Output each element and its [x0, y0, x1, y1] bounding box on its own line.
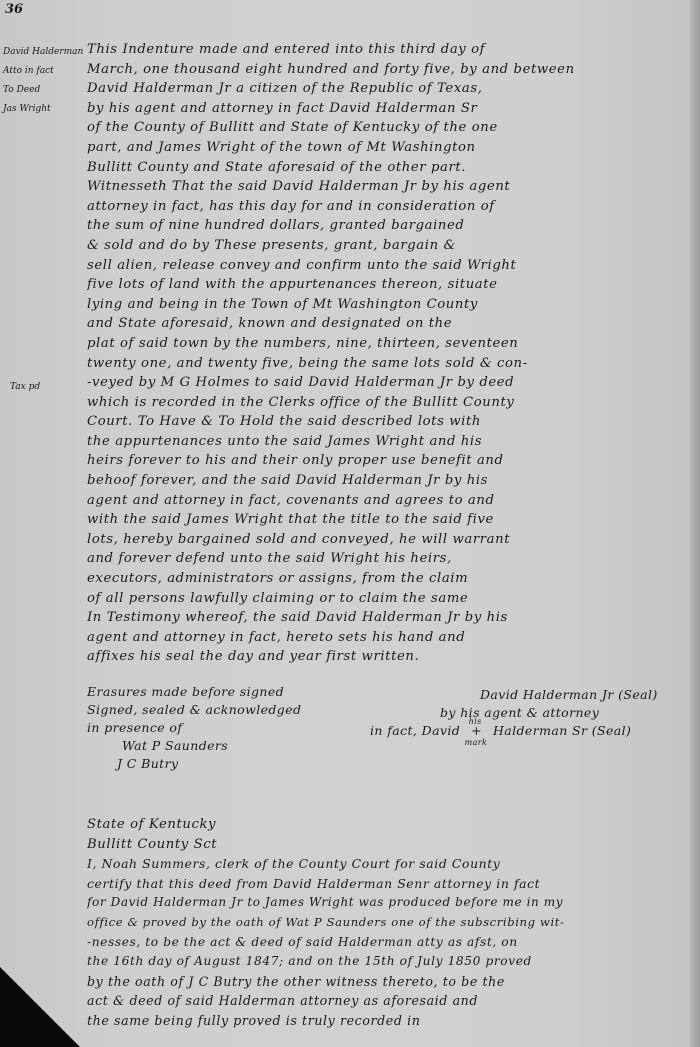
- clerk-certificate: State of Kentucky Bullitt County Sct I, …: [87, 815, 687, 1031]
- deed-line: twenty one, and twenty five, being the s…: [87, 354, 687, 374]
- in-presence-line: in presence of: [87, 719, 301, 737]
- witness-signature: Wat P Saunders: [87, 737, 301, 755]
- grantor-signature: David Halderman Jr (Seal): [370, 686, 658, 704]
- deed-line: the sum of nine hundred dollars, granted…: [87, 216, 687, 236]
- deed-line: part, and James Wright of the town of Mt…: [87, 138, 687, 158]
- deed-line: In Testimony whereof, the said David Hal…: [87, 608, 687, 628]
- deed-line: lying and being in the Town of Mt Washin…: [87, 295, 687, 315]
- his-label: his: [469, 713, 482, 731]
- signed-sealed-line: Signed, sealed & acknowledged: [87, 701, 301, 719]
- deed-line: of the County of Bullitt and State of Ke…: [87, 118, 687, 138]
- certificate-line: the same being fully proved is truly rec…: [87, 1011, 687, 1031]
- certificate-line: by the oath of J C Butry the other witne…: [87, 972, 687, 992]
- deed-line: David Halderman Jr a citizen of the Repu…: [87, 79, 687, 99]
- scan-corner-shadow: [0, 967, 80, 1047]
- deed-line: Bullitt County and State aforesaid of th…: [87, 158, 687, 178]
- attestation-block: Erasures made before signed Signed, seal…: [87, 683, 301, 773]
- deed-line: & sold and do by These presents, grant, …: [87, 236, 687, 256]
- certificate-line: for David Halderman Jr to James Wright w…: [87, 893, 687, 913]
- deed-line: which is recorded in the Clerks office o…: [87, 393, 687, 413]
- certificate-line: I, Noah Summers, clerk of the County Cou…: [87, 854, 687, 874]
- deed-line: with the said James Wright that the titl…: [87, 510, 687, 530]
- mark-symbol: his + mark: [465, 722, 489, 740]
- deed-line: agent and attorney in fact, covenants an…: [87, 491, 687, 511]
- margin-note-tax-paid: Tax pd: [10, 379, 40, 396]
- deed-line: executors, administrators or assigns, fr…: [87, 569, 687, 589]
- certificate-line: office & proved by the oath of Wat P Sau…: [87, 913, 687, 933]
- deed-line: affixes his seal the day and year first …: [87, 647, 687, 667]
- page-edge: [690, 0, 700, 1047]
- margin-note-attorney: Atto in fact: [3, 63, 54, 80]
- certificate-line: act & deed of said Halderman attorney as…: [87, 991, 687, 1011]
- document-page: 36 David Halderman Atto in fact To Deed …: [0, 0, 690, 1047]
- agent-signature-line: in fact, David his + mark Halderman Sr (…: [370, 722, 658, 740]
- witness-signature: J C Butry: [87, 755, 301, 773]
- margin-note-deed: To Deed: [3, 82, 40, 99]
- certificate-state-heading: State of Kentucky: [87, 815, 687, 835]
- deed-line: attorney in fact, has this day for and i…: [87, 197, 687, 217]
- deed-line: lots, hereby bargained sold and conveyed…: [87, 530, 687, 550]
- deed-line: -veyed by M G Holmes to said David Halde…: [87, 373, 687, 393]
- deed-line: agent and attorney in fact, hereto sets …: [87, 628, 687, 648]
- deed-line: of all persons lawfully claiming or to c…: [87, 589, 687, 609]
- deed-line: plat of said town by the numbers, nine, …: [87, 334, 687, 354]
- certificate-line: the 16th day of August 1847; and on the …: [87, 952, 687, 972]
- deed-line: by his agent and attorney in fact David …: [87, 99, 687, 119]
- deed-line: the appurtenances unto the said James Wr…: [87, 432, 687, 452]
- by-agent-line: by his agent & attorney: [370, 704, 658, 722]
- deed-body: This Indenture made and entered into thi…: [87, 40, 687, 667]
- deed-line: sell alien, release convey and confirm u…: [87, 256, 687, 276]
- deed-line: Witnesseth That the said David Halderman…: [87, 177, 687, 197]
- deed-line: five lots of land with the appurtenances…: [87, 275, 687, 295]
- deed-line: heirs forever to his and their only prop…: [87, 451, 687, 471]
- margin-note-grantor: David Halderman: [3, 44, 83, 61]
- certificate-line: -nesses, to be the act & deed of said Ha…: [87, 933, 687, 953]
- deed-line: and State aforesaid, known and designate…: [87, 314, 687, 334]
- margin-note-grantee: Jas Wright: [3, 101, 51, 118]
- erasures-note: Erasures made before signed: [87, 683, 301, 701]
- certificate-county-heading: Bullitt County Sct: [87, 835, 687, 855]
- page-number: 36: [5, 2, 23, 17]
- deed-line: and forever defend unto the said Wright …: [87, 549, 687, 569]
- deed-line: behoof forever, and the said David Halde…: [87, 471, 687, 491]
- deed-line: This Indenture made and entered into thi…: [87, 40, 687, 60]
- agent-fact-suffix: Halderman Sr (Seal): [493, 723, 631, 738]
- deed-line: March, one thousand eight hundred and fo…: [87, 60, 687, 80]
- certificate-line: certify that this deed from David Halder…: [87, 874, 687, 894]
- deed-line: Court. To Have & To Hold the said descri…: [87, 412, 687, 432]
- mark-label: mark: [465, 734, 488, 752]
- agent-fact-prefix: in fact, David: [370, 723, 460, 738]
- grantor-signature-block: David Halderman Jr (Seal) by his agent &…: [370, 686, 658, 740]
